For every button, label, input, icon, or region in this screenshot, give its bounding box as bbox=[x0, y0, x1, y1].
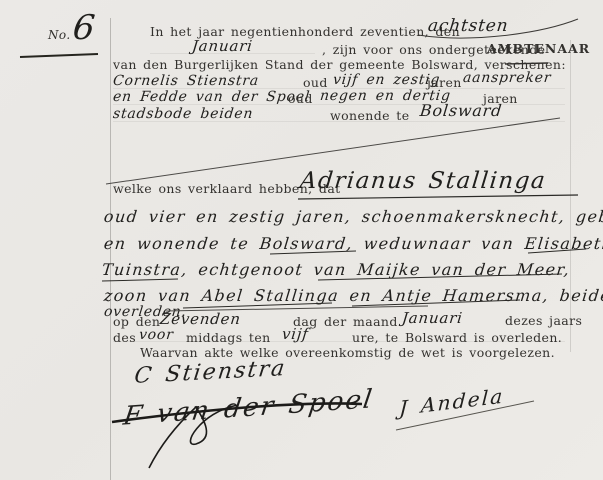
hw-declarant2-name: en Fedde van der Spoel bbox=[112, 89, 311, 105]
printed-ure-overleden: ure, te Bolsward is overleden. bbox=[352, 330, 562, 345]
act-no-label: No. bbox=[48, 28, 71, 42]
hw-registration-month: Januari bbox=[191, 37, 254, 55]
printed-ambtenaar: AMBTENAAR bbox=[487, 41, 590, 56]
hw-declarant1-age: vijf en zestig bbox=[332, 72, 441, 88]
hw-death-month: Januari bbox=[401, 309, 464, 327]
act-number: 6 bbox=[71, 8, 98, 48]
act-number-underline bbox=[20, 54, 98, 57]
hw-declarant1-name: Cornelis Stienstra bbox=[112, 73, 260, 89]
hw-death-daypart: voor bbox=[138, 327, 174, 343]
death-certificate-scan: No. 6 In het jaar negentienhonderd zeven… bbox=[0, 0, 603, 480]
right-margin-rule bbox=[570, 40, 571, 352]
tuinstra-underline bbox=[102, 279, 178, 281]
hw-death-day: Zevenden bbox=[159, 310, 242, 328]
printed-closing-line: Waarvan akte welke overeenkomstig de wet… bbox=[140, 345, 555, 360]
printed-dezes-jaars: dezes jaars bbox=[505, 313, 582, 328]
hw-deceased-name: Adrianus Stallinga bbox=[299, 168, 548, 194]
signature-registrar: J Andela bbox=[399, 384, 505, 420]
printed-middags-ten: middags ten bbox=[186, 330, 271, 345]
printed-wonende-te: wonende te bbox=[330, 108, 410, 123]
hw-deceased-line1: oud vier en zestig jaren, schoenmakerskn… bbox=[103, 207, 603, 226]
printed-des: des bbox=[113, 330, 136, 345]
printed-oud-2: oud bbox=[288, 91, 313, 106]
hw-declarants-occupation2: stadsbode beiden bbox=[112, 106, 254, 122]
signature-declarant1: C Stienstra bbox=[133, 356, 288, 389]
hw-death-hour: vijf bbox=[281, 325, 310, 343]
hw-deceased-line3: Tuinstra, echtgenoot van Maijke van der … bbox=[101, 260, 571, 279]
hw-declarant1-occupation: aanspreker bbox=[462, 70, 552, 86]
hw-deceased-line4: zoon van Abel Stallinga en Antje Hamersm… bbox=[103, 286, 603, 305]
hw-deceased-line2: en wonende te Bolsward, weduwnaar van El… bbox=[103, 234, 603, 253]
signature-declarant2: F van der Spoel bbox=[121, 384, 375, 431]
hw-declarants-residence: Bolsward bbox=[419, 101, 503, 120]
hw-registration-day: achtsten bbox=[427, 16, 510, 36]
